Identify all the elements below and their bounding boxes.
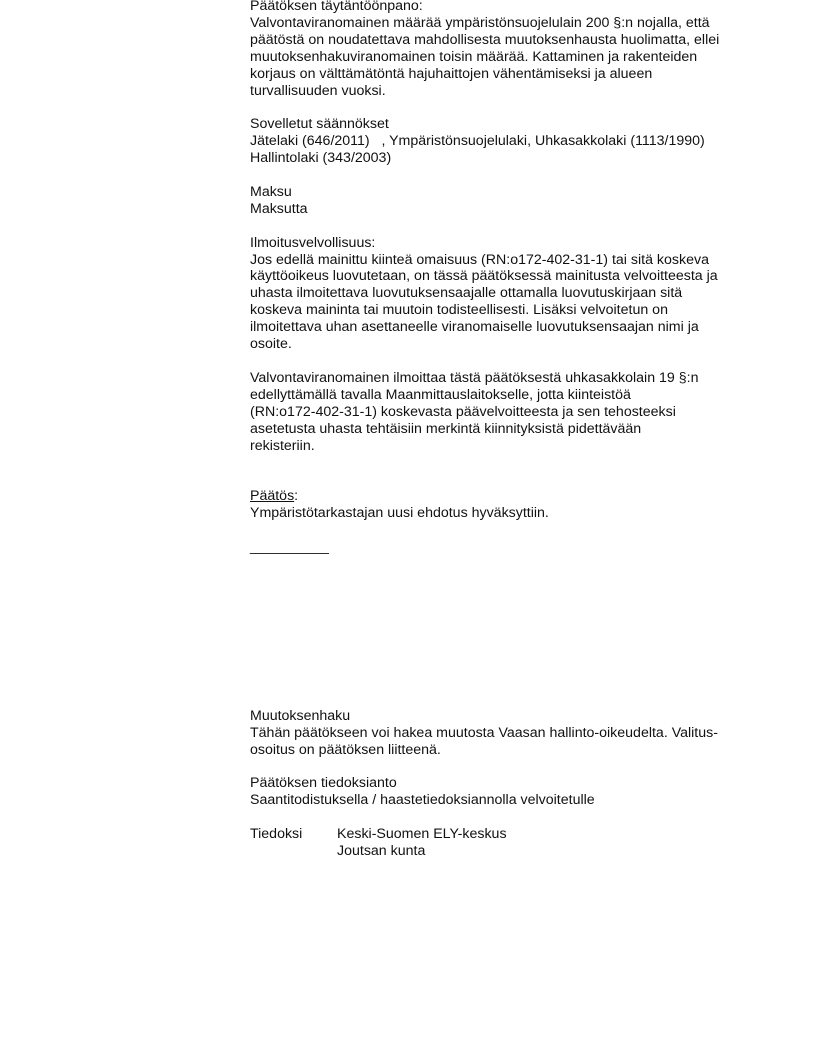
recipient-item: Keski-Suomen ELY-keskus xyxy=(337,826,507,843)
notification-heading: Ilmoitusvelvollisuus: xyxy=(250,235,750,252)
recipients-section: Tiedoksi Keski-Suomen ELY-keskus Joutsan… xyxy=(250,826,750,860)
decision-heading: Päätös xyxy=(250,488,294,504)
registry-line: (RN:o172-402-31-1) koskevasta päävelvoit… xyxy=(250,404,750,421)
regulations-line: Jätelaki (646/2011) , Ympäristönsuojelul… xyxy=(250,133,750,150)
recipients-label: Tiedoksi xyxy=(250,826,337,843)
enforcement-line: muutoksenhakuviranomainen toisin määrää.… xyxy=(250,49,750,66)
regulations-heading: Sovelletut säännökset xyxy=(250,116,750,133)
enforcement-line: turvallisuuden vuoksi. xyxy=(250,83,750,100)
notification-duty-section: Ilmoitusvelvollisuus: Jos edellä mainitt… xyxy=(250,235,750,455)
registry-line: Valvontaviranomainen ilmoittaa tästä pää… xyxy=(250,370,750,387)
notification-line: Jos edellä mainittu kiinteä omaisuus (RN… xyxy=(250,252,750,269)
fee-section: Maksu Maksutta xyxy=(250,184,750,218)
appeal-section: Muutoksenhaku Tähän päätökseen voi hakea… xyxy=(250,708,750,759)
enforcement-line: Valvontaviranomainen määrää ympäristönsu… xyxy=(250,15,750,32)
document-page: Päätöksen täytäntöönpano: Valvontavirano… xyxy=(250,0,750,860)
decision-text: Ympäristötarkastajan uusi ehdotus hyväks… xyxy=(250,505,750,522)
regulations-section: Sovelletut säännökset Jätelaki (646/2011… xyxy=(250,116,750,167)
signature-rule: __________ xyxy=(250,539,750,556)
registry-line: edellyttämällä tavalla Maanmittauslaitok… xyxy=(250,387,750,404)
notification-line: osoite. xyxy=(250,336,750,353)
registry-line: rekisteriin. xyxy=(250,438,750,455)
notification-line: käyttöoikeus luovutetaan, on tässä päätö… xyxy=(250,268,750,285)
decision-heading-line: Päätös: xyxy=(250,488,750,505)
enforcement-line: päätöstä on noudatettava mahdollisesta m… xyxy=(250,32,750,49)
appeal-heading: Muutoksenhaku xyxy=(250,708,750,725)
service-heading: Päätöksen tiedoksianto xyxy=(250,775,750,792)
enforcement-line: korjaus on välttämätöntä hajuhaittojen v… xyxy=(250,66,750,83)
notification-line: uhasta ilmoitettava luovutuksensaajalle … xyxy=(250,285,750,302)
decision-heading-colon: : xyxy=(294,488,298,504)
decision-section: Päätös: Ympäristötarkastajan uusi ehdotu… xyxy=(250,488,750,556)
notification-line: ilmoitettava uhan asettaneelle viranomai… xyxy=(250,319,750,336)
recipient-item: Joutsan kunta xyxy=(337,843,425,860)
service-text: Saantitodistuksella / haastetiedoksianno… xyxy=(250,792,750,809)
service-section: Päätöksen tiedoksianto Saantitodistuksel… xyxy=(250,775,750,809)
registry-line: asetetusta uhasta tehtäisiin merkintä ki… xyxy=(250,421,750,438)
notification-line: koskeva maininta tai muutoin todisteelli… xyxy=(250,302,750,319)
enforcement-heading: Päätöksen täytäntöönpano: xyxy=(250,0,750,15)
fee-heading: Maksu xyxy=(250,184,750,201)
appeal-line: Tähän päätökseen voi hakea muutosta Vaas… xyxy=(250,725,750,742)
enforcement-section: Päätöksen täytäntöönpano: Valvontavirano… xyxy=(250,0,750,99)
fee-value: Maksutta xyxy=(250,201,750,218)
appeal-line: osoitus on päätöksen liitteenä. xyxy=(250,742,750,759)
regulations-line: Hallintolaki (343/2003) xyxy=(250,150,750,167)
